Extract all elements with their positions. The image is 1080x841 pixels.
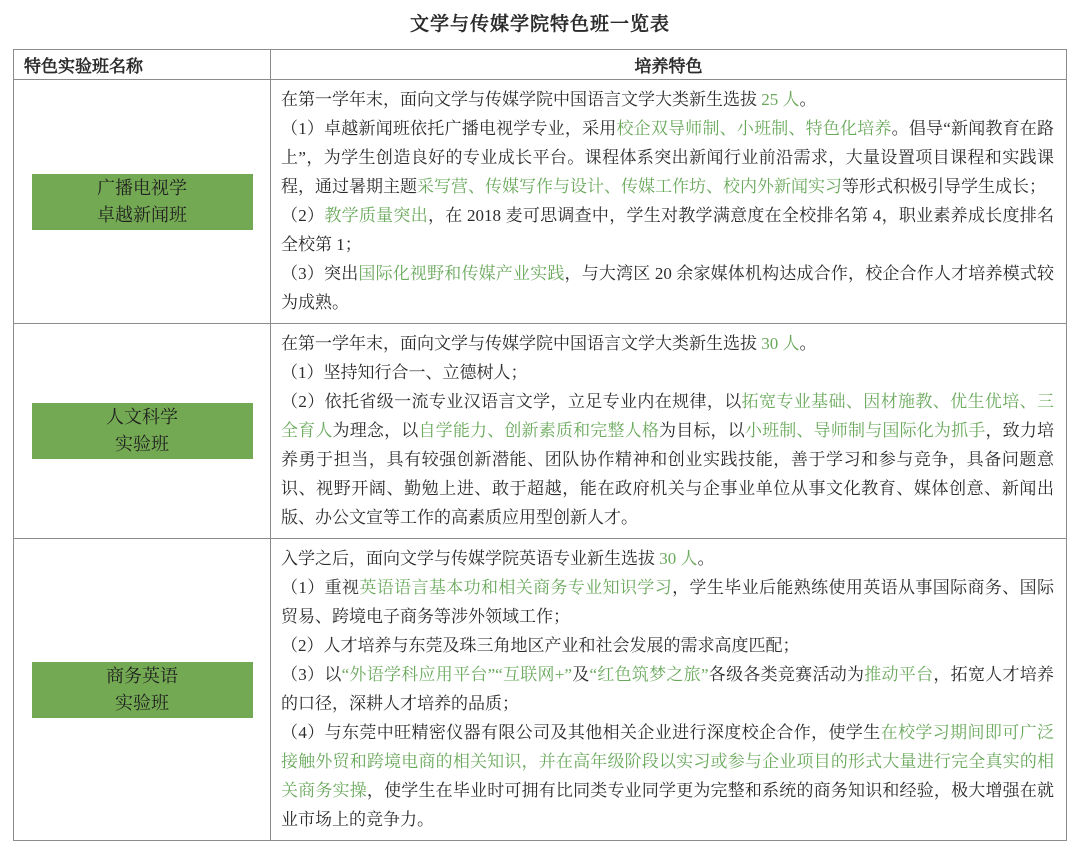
plain-text: 各级各类竞赛活动为: [709, 665, 865, 684]
feature-paragraph: （2）依托省级一流专业汉语言文学，立足专业内在规律，以拓宽专业基础、因材施教、优…: [281, 387, 1054, 532]
feature-paragraph: 入学之后，面向文学与传媒学院英语专业新生选拔 30 人。: [281, 544, 1054, 573]
feature-paragraph: （3）以“外语学科应用平台”“互联网+”及“红色筑梦之旅”各级各类竞赛活动为推动…: [281, 660, 1054, 718]
class-name-line: 人文科学: [32, 404, 253, 431]
class-name-line: 卓越新闻班: [32, 202, 253, 229]
plain-text: （1）重视: [281, 578, 359, 597]
class-name-line: 实验班: [32, 690, 253, 717]
column-header-class-name: 特色实验班名称: [14, 50, 271, 80]
document-page: 文学与传媒学院特色班一览表 特色实验班名称 培养特色 广播电视学卓越新闻班在第一…: [0, 0, 1080, 822]
table-header-row: 特色实验班名称 培养特色: [14, 50, 1067, 80]
table-header: 特色实验班名称 培养特色: [14, 50, 1067, 80]
class-name-box: 商务英语实验班: [32, 662, 253, 718]
column-header-training-features: 培养特色: [271, 50, 1067, 80]
plain-text: （1）卓越新闻班依托广播电视学专业，采用: [281, 119, 616, 138]
class-name-line: 广播电视学: [32, 175, 253, 202]
plain-text: 等形式积极引导学生成长；: [842, 177, 1046, 196]
plain-text: 为理念，以: [333, 421, 419, 440]
highlighted-text: “红色筑梦之旅”: [590, 665, 709, 684]
highlighted-text: 25 人: [761, 90, 799, 109]
feature-paragraph: （2）人才培养与东莞及珠三角地区产业和社会发展的需求高度匹配；: [281, 631, 1054, 660]
feature-paragraph: （1）坚持知行合一、立德树人；: [281, 358, 1054, 387]
highlighted-text: 校企双导师制、小班制、特色化培养: [616, 119, 891, 138]
plain-text: 入学之后，面向文学与传媒学院英语专业新生选拔: [281, 549, 659, 568]
plain-text: （4）与东莞中旺精密仪器有限公司及其他相关企业进行深度校企合作，使学生: [281, 723, 881, 742]
training-feature-cell: 在第一学年末，面向文学与传媒学院中国语言文学大类新生选拔 30 人。（1）坚持知…: [271, 324, 1067, 539]
class-name-cell: 人文科学实验班: [14, 324, 271, 539]
plain-text: （3）以: [281, 665, 342, 684]
table-row: 人文科学实验班在第一学年末，面向文学与传媒学院中国语言文学大类新生选拔 30 人…: [14, 324, 1067, 539]
class-name-cell: 商务英语实验班: [14, 539, 271, 841]
special-class-table: 特色实验班名称 培养特色 广播电视学卓越新闻班在第一学年末，面向文学与传媒学院中…: [13, 49, 1067, 841]
plain-text: （1）坚持知行合一、立德树人；: [281, 363, 528, 382]
training-feature-cell: 入学之后，面向文学与传媒学院英语专业新生选拔 30 人。（1）重视英语语言基本功…: [271, 539, 1067, 841]
highlighted-text: 教学质量突出: [324, 206, 428, 225]
feature-paragraph: （1）重视英语语言基本功和相关商务专业知识学习，学生毕业后能熟练使用英语从事国际…: [281, 573, 1054, 631]
training-feature-cell: 在第一学年末，面向文学与传媒学院中国语言文学大类新生选拔 25 人。（1）卓越新…: [271, 80, 1067, 324]
class-name-line: 商务英语: [32, 663, 253, 690]
plain-text: 。: [800, 90, 817, 109]
highlighted-text: 采写营、传媒写作与设计、传媒工作坊、校内外新闻实习: [417, 177, 842, 196]
table-row: 商务英语实验班入学之后，面向文学与传媒学院英语专业新生选拔 30 人。（1）重视…: [14, 539, 1067, 841]
class-name-box: 人文科学实验班: [32, 403, 253, 459]
highlighted-text: 自学能力、创新素质和完整人格: [418, 421, 659, 440]
highlighted-text: 小班制、导师制与国际化为抓手: [745, 421, 986, 440]
feature-paragraph: 在第一学年末，面向文学与传媒学院中国语言文学大类新生选拔 30 人。: [281, 329, 1054, 358]
highlighted-text: 推动平台: [864, 665, 933, 684]
plain-text: （2）人才培养与东莞及珠三角地区产业和社会发展的需求高度匹配；: [281, 636, 800, 655]
class-name-box: 广播电视学卓越新闻班: [32, 174, 253, 230]
plain-text: 在第一学年末，面向文学与传媒学院中国语言文学大类新生选拔: [281, 90, 761, 109]
feature-paragraph: 在第一学年末，面向文学与传媒学院中国语言文学大类新生选拔 25 人。: [281, 85, 1054, 114]
class-name-cell: 广播电视学卓越新闻班: [14, 80, 271, 324]
plain-text: 为目标，以: [659, 421, 745, 440]
plain-text: （2）: [281, 206, 324, 225]
feature-paragraph: （4）与东莞中旺精密仪器有限公司及其他相关企业进行深度校企合作，使学生在校学习期…: [281, 718, 1054, 834]
highlighted-text: “外语学科应用平台”“互联网+”: [342, 665, 572, 684]
plain-text: 在第一学年末，面向文学与传媒学院中国语言文学大类新生选拔: [281, 334, 761, 353]
highlighted-text: 英语语言基本功和相关商务专业知识学习: [359, 578, 672, 597]
feature-paragraph: （1）卓越新闻班依托广播电视学专业，采用校企双导师制、小班制、特色化培养。倡导“…: [281, 114, 1054, 201]
highlighted-text: 国际化视野和传媒产业实践: [358, 264, 564, 283]
plain-text: 。: [698, 549, 715, 568]
feature-paragraph: （2）教学质量突出，在 2018 麦可思调查中，学生对教学满意度在全校排名第 4…: [281, 201, 1054, 259]
page-title: 文学与传媒学院特色班一览表: [0, 0, 1080, 49]
plain-text: 。: [800, 334, 817, 353]
highlighted-text: 30 人: [761, 334, 799, 353]
plain-text: 及: [572, 665, 590, 684]
feature-paragraph: （3）突出国际化视野和传媒产业实践，与大湾区 20 余家媒体机构达成合作，校企合…: [281, 259, 1054, 317]
table-row: 广播电视学卓越新闻班在第一学年末，面向文学与传媒学院中国语言文学大类新生选拔 2…: [14, 80, 1067, 324]
highlighted-text: 30 人: [659, 549, 697, 568]
class-name-line: 实验班: [32, 431, 253, 458]
plain-text: （2）依托省级一流专业汉语言文学，立足专业内在规律，以: [281, 392, 742, 411]
table-body: 广播电视学卓越新闻班在第一学年末，面向文学与传媒学院中国语言文学大类新生选拔 2…: [14, 80, 1067, 841]
plain-text: （3）突出: [281, 264, 358, 283]
